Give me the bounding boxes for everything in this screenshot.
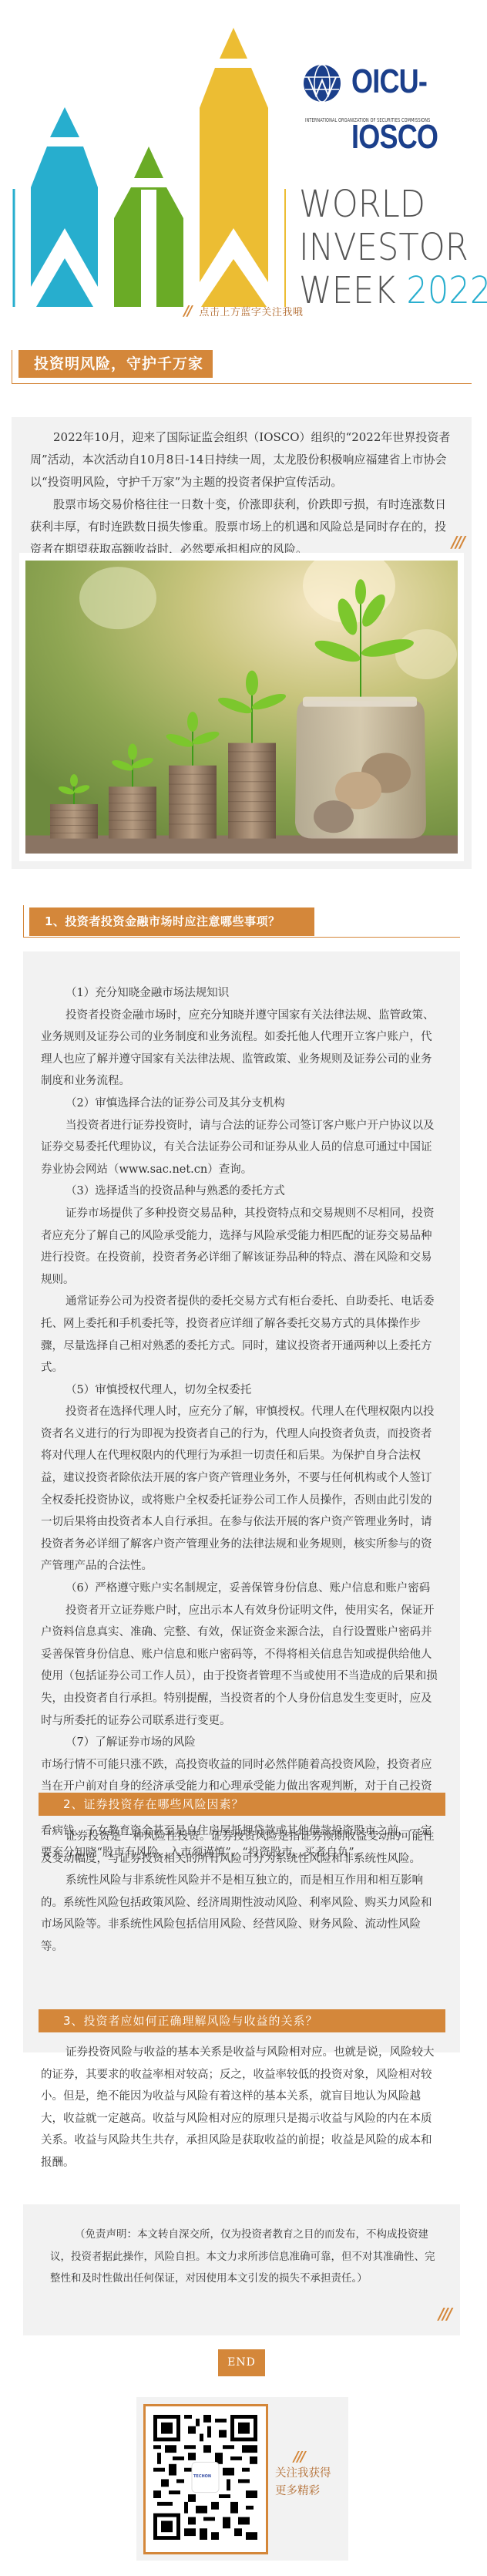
paragraph: 投资者开立证券账户时，应出示本人有效身份证明文件，使用实名，保证开户资料信息真实…: [41, 1600, 442, 1732]
disclaimer-text: （免责声明：本文转自深交所，仅为投资者教育之目的而发布，不构成投资建议，投资者据…: [50, 2224, 435, 2290]
qr-caption: /// 关注我获得 更多精彩: [275, 2450, 344, 2500]
paragraph: 证券投资是一种风险性投资。证券投资风险是指证券预期收益变动的可能性及变动幅度，与…: [41, 1826, 442, 1870]
paragraph: 证券市场提供了多种投资交易品种，其投资特点和交易规则不尽相同，投资者应充分了解自…: [41, 1203, 442, 1291]
paragraph: 通常证券公司为投资者提供的委托交易方式有柜台委托、自助委托、电话委托、网上委托和…: [41, 1291, 442, 1379]
section-1-heading: 1、投资者投资金融市场时应注意哪些事项？: [29, 907, 314, 936]
section-1-body: （1）充分知晓金融市场法规知识 投资者投资金融市场时，应充分知晓并遵守国家有关法…: [41, 982, 442, 1864]
org-full-name: INTERNATIONAL ORGANIZATION OF SECURITIES…: [305, 117, 430, 123]
event-title-line-1: WORLD: [299, 183, 487, 226]
intro-panel: 2022年10月，迎来了国际证监会组织（IOSCO）组织的“2022年世界投资者…: [12, 417, 472, 869]
subheading: （2）审慎选择合法的证券公司及其分支机构: [41, 1093, 442, 1115]
intro-text: 2022年10月，迎来了国际证监会组织（IOSCO）组织的“2022年世界投资者…: [30, 426, 454, 561]
section-3-body: 证券投资风险与收益的基本关系是收益与风险相对应。也就是说，风险较大的证券，其要求…: [41, 2042, 442, 2174]
event-banner: OICU-IOSCO INTERNATIONAL ORGANIZATION OF…: [0, 0, 487, 308]
subheading: （6）严格遵守账户实名制规定，妥善保管身份信息、账户信息和账户密码: [41, 1578, 442, 1600]
globe-icon: [304, 65, 341, 102]
org-logo-text: OICU-IOSCO: [351, 54, 462, 165]
coins-seedlings-photo: [25, 561, 458, 854]
qr-caption-line-2: 更多精彩: [275, 2483, 344, 2500]
qr-caption-line-1: 关注我获得: [275, 2465, 344, 2483]
section-1-header-frame: 1、投资者投资金融市场时应注意哪些事项？: [23, 905, 460, 938]
slashes-decoration: ///: [275, 2450, 344, 2465]
paragraph: 证券投资风险与收益的基本关系是收益与风险相对应。也就是说，风险较大的证券，其要求…: [41, 2042, 442, 2174]
slashes-decoration: //: [184, 303, 191, 319]
subheading: （3）选择适当的投资品种与熟悉的委托方式: [41, 1180, 442, 1203]
paragraph: 投资者在选择代理人时，应充分了解，审慎授权。代理人在代理权限内以投资者名义进行的…: [41, 1401, 442, 1578]
subheading: （1）充分知晓金融市场法规知识: [41, 982, 442, 1005]
section-2-heading: 2、证券投资存在哪些风险因素？: [39, 1793, 445, 1816]
qr-frame: TECHON: [143, 2404, 268, 2554]
event-title: WORLD INVESTOR WEEK 2022: [299, 183, 487, 312]
photo-frame: [19, 553, 464, 861]
article-title: 投资明风险，守护千万家: [18, 350, 213, 378]
section-2-body: 证券投资是一种风险性投资。证券投资风险是指证券预期收益变动的可能性及变动幅度，与…: [41, 1826, 442, 1958]
subheading: （5）审慎授权代理人，切勿全权委托: [41, 1379, 442, 1402]
end-marker: END: [218, 2349, 265, 2376]
follow-hint[interactable]: // 点击上方蓝字关注我哦: [0, 303, 487, 319]
paragraph: 投资者投资金融市场时，应充分知晓并遵守国家有关法律法规、监管政策、业务规则及证券…: [41, 1005, 442, 1093]
slashes-decoration: ///: [438, 2305, 451, 2323]
disclaimer-paragraph: （免责声明：本文转自深交所，仅为投资者教育之目的而发布，不构成投资建议，投资者据…: [50, 2224, 435, 2290]
slashes-decoration: ///: [452, 533, 464, 551]
disclaimer-panel: （免责声明：本文转自深交所，仅为投资者教育之目的而发布，不构成投资建议，投资者据…: [23, 2204, 460, 2335]
section-3-heading: 3、投资者应如何正确理解风险与收益的关系？: [39, 2009, 445, 2032]
paragraph: 系统性风险与非系统性风险并不是相互独立的，而是相互作用和相互影响的。系统性风险包…: [41, 1870, 442, 1958]
subheading: （7）了解证券市场的风险: [41, 1732, 442, 1754]
follow-hint-text: 点击上方蓝字关注我哦: [199, 307, 303, 318]
article-title-frame: 投资明风险，守护千万家: [12, 350, 472, 384]
qr-follow-panel: TECHON /// 关注我获得 更多精彩: [136, 2397, 348, 2561]
intro-paragraph: 股票市场交易价格往往一日数十变，价涨即获利，价跌即亏损，有时连涨数日获利丰厚，有…: [30, 493, 454, 561]
content-panel: （1）充分知晓金融市场法规知识 投资者投资金融市场时，应充分知晓并遵守国家有关法…: [23, 951, 460, 2052]
qr-center-logo: TECHON: [193, 2474, 211, 2479]
intro-paragraph: 2022年10月，迎来了国际证监会组织（IOSCO）组织的“2022年世界投资者…: [30, 426, 454, 493]
paragraph: 当投资者进行证券投资时，请与合法的证券公司签订客户账户开户协议以及证券交易委托代…: [41, 1115, 442, 1181]
event-title-line-2: INVESTOR: [299, 226, 487, 269]
